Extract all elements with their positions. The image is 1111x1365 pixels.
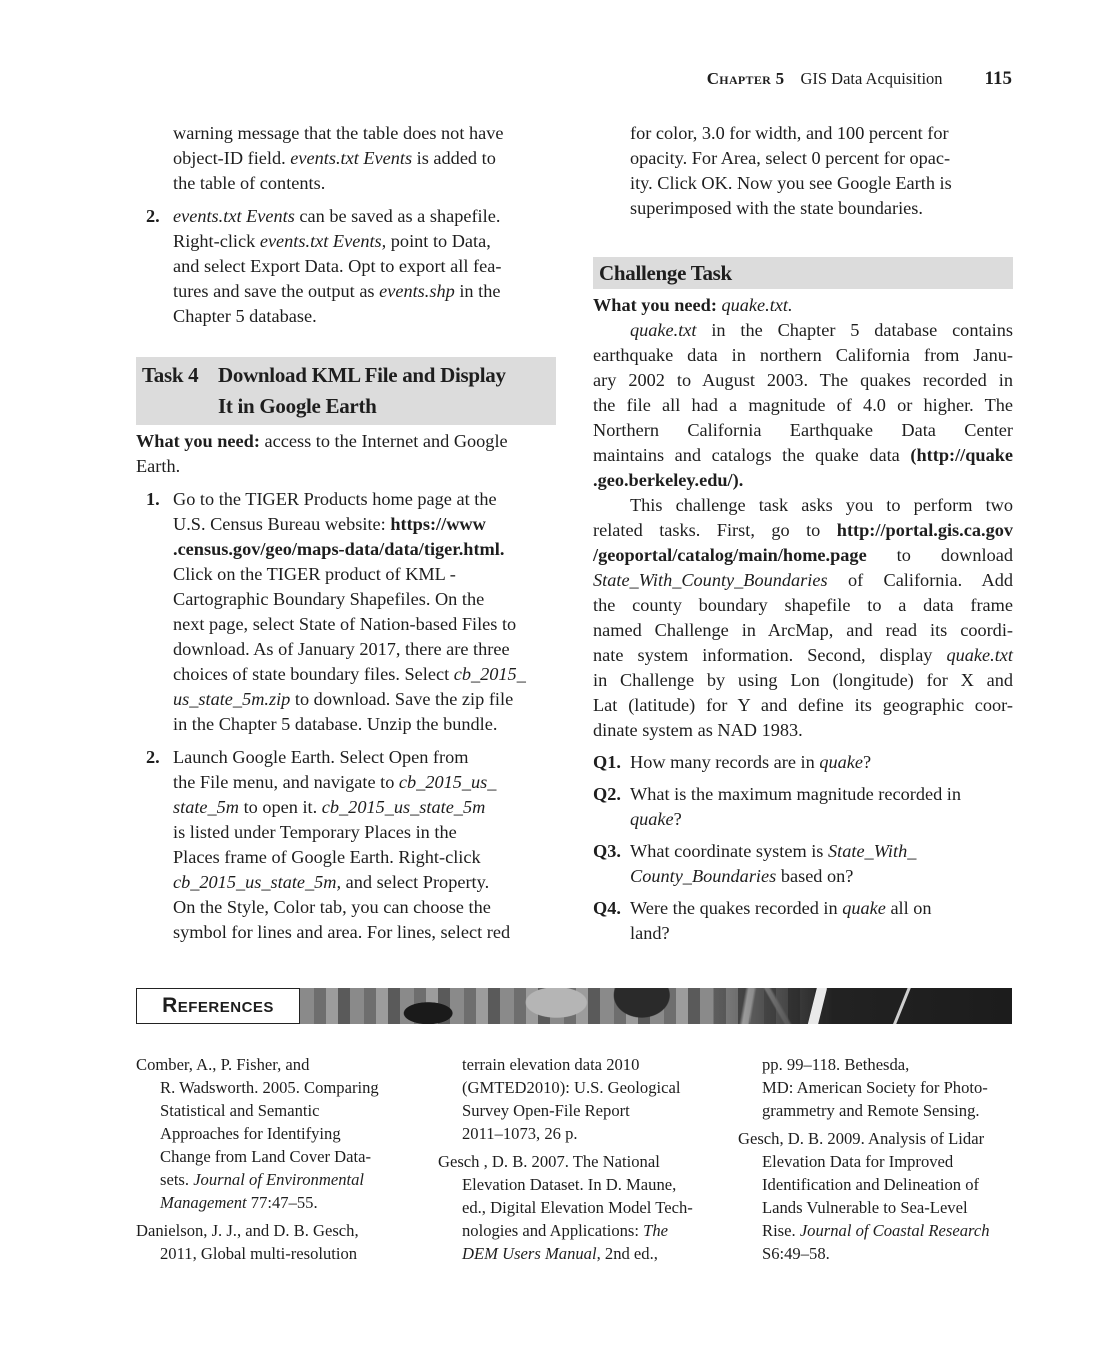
question-number: Q1. (593, 750, 621, 775)
question-q2: Q2. What is the maximum magnitude record… (593, 782, 1013, 832)
text-line: Launch Google Earth. Select Open from (173, 745, 556, 770)
text-line: us_state_5m.zip to download. Save the zi… (173, 687, 556, 712)
text-run: Go to the TIGER Products home page at th… (173, 489, 497, 509)
text-run: Change from Land Cover Data- (160, 1147, 371, 1166)
text-line: events.txt Events can be saved as a shap… (173, 204, 556, 229)
reference-line: grammetry and Remote Sensing. (738, 1099, 1013, 1122)
text-run: R. Wadsworth. 2005. Comparing (160, 1078, 379, 1097)
text-run: Journal of Environmental (193, 1170, 364, 1189)
text-run: the county boundary shapefile to a data … (593, 595, 1013, 615)
chapter-title: GIS Data Acquisition (800, 69, 942, 89)
reference-line: Comber, A., P. Fisher, and (136, 1053, 411, 1076)
text-run: quake.txt (630, 320, 697, 340)
step-continuation: warning message that the table does not … (136, 121, 556, 196)
text-run: ity. Click OK. Now you see Google Earth … (630, 173, 952, 193)
text-line: Click on the TIGER product of KML - (173, 562, 556, 587)
required-file: quake.txt. (717, 295, 793, 315)
text-line: the county boundary shapefile to a data … (593, 593, 1013, 618)
text-line: How many records are in quake? (630, 750, 1013, 775)
what-you-need-label: What you need: (593, 295, 717, 315)
step-number: 1. (146, 487, 160, 512)
reference-entry: Gesch , D. B. 2007. The NationalElevatio… (438, 1150, 718, 1265)
text-line: superimposed with the state boundaries. (630, 196, 1013, 221)
text-run: all on (886, 898, 932, 918)
text-run: related tasks. First, go to (593, 520, 837, 540)
text-run: County_Boundaries (630, 866, 776, 886)
reference-line: pp. 99–118. Bethesda, (738, 1053, 1013, 1076)
text-run: is added to (412, 148, 496, 168)
task-title-line-1: Download KML File and Display (218, 360, 506, 391)
text-run: MD: American Society for Photo- (762, 1078, 988, 1097)
reference-line: Danielson, J. J., and D. B. Gesch, (136, 1219, 411, 1242)
text-line: object-ID field. events.txt Events is ad… (173, 146, 556, 171)
what-you-need-label: What you need: (136, 431, 260, 451)
text-run: (GMTED2010): U.S. Geological (462, 1078, 680, 1097)
text-run: tures and save the output as (173, 281, 379, 301)
step-number: 2. (146, 745, 160, 770)
text-run: Approaches for Identifying (160, 1124, 341, 1143)
text-line: in Challenge by using Lon (longitude) fo… (593, 668, 1013, 693)
text-run: quake.txt (947, 645, 1014, 665)
text-line: earthquake data in northern California f… (593, 343, 1013, 368)
text-run: .census.gov/geo/maps-data/data/tiger.htm… (173, 539, 504, 559)
text-run: http://portal.gis.ca.gov (837, 520, 1013, 540)
text-line: next page, select State of Nation-based … (173, 612, 556, 637)
text-run: warning message that the table does not … (173, 123, 503, 143)
text-line: Places frame of Google Earth. Right-clic… (173, 845, 556, 870)
text-run: nate system information. Second, display (593, 645, 947, 665)
step-continuation: for color, 3.0 for width, and 100 percen… (593, 121, 1013, 221)
step-number: 2. (146, 204, 160, 229)
question-number: Q2. (593, 782, 621, 807)
challenge-questions: Q1. How many records are in quake? Q2. W… (593, 750, 1013, 946)
text-run: (http://quake (910, 445, 1013, 465)
reference-line: ed., Digital Elevation Model Tech- (438, 1196, 718, 1219)
text-run: events.txt Events, (260, 231, 386, 251)
reference-line: Elevation Dataset. In D. Maune, (438, 1173, 718, 1196)
text-line: choices of state boundary files. Select … (173, 662, 556, 687)
continuation-text: for color, 3.0 for width, and 100 percen… (630, 121, 1013, 221)
text-run: This challenge task asks you to perform … (630, 495, 1013, 515)
text-run: dinate system as NAD 1983. (593, 720, 803, 740)
text-line: Right-click events.txt Events, point to … (173, 229, 556, 254)
page-number: 115 (985, 68, 1012, 90)
text-run: events.txt Events (173, 206, 295, 226)
list-item-step-2-prev: 2. events.txt Events can be saved as a s… (136, 204, 556, 329)
text-run: for color, 3.0 for width, and 100 percen… (630, 123, 949, 143)
text-run: How many records are in (630, 752, 819, 772)
text-line: state_5m to open it. cb_2015_us_state_5m (173, 795, 556, 820)
text-line: Chapter 5 database. (173, 304, 556, 329)
text-run: What coordinate system is (630, 841, 828, 861)
reference-line: Elevation Data for Improved (738, 1150, 1013, 1173)
text-line: Were the quakes recorded in quake all on (630, 896, 1013, 921)
text-line: dinate system as NAD 1983. (593, 718, 1013, 743)
reference-line: Management 77:47–55. (136, 1191, 411, 1214)
text-run: ed., Digital Elevation Model Tech- (462, 1198, 693, 1217)
reference-line: Statistical and Semantic (136, 1099, 411, 1122)
text-run: The (643, 1221, 668, 1240)
reference-line: terrain elevation data 2010 (438, 1053, 718, 1076)
task-4-heading: Task 4 Download KML File and Display It … (136, 357, 556, 425)
text-line: named Challenge in ArcMap, and read its … (593, 618, 1013, 643)
text-run: quake (630, 809, 674, 829)
reference-entry: Comber, A., P. Fisher, andR. Wadsworth. … (136, 1053, 411, 1214)
text-run: and select Property. (341, 872, 489, 892)
step-text: events.txt Events can be saved as a shap… (173, 204, 556, 329)
text-run: grammetry and Remote Sensing. (762, 1101, 980, 1120)
text-run: ? (674, 809, 682, 829)
text-line: .census.gov/geo/maps-data/data/tiger.htm… (173, 537, 556, 562)
text-line: and select Export Data. Opt to export al… (173, 254, 556, 279)
text-run: Management (160, 1193, 247, 1212)
challenge-requirements: What you need: quake.txt. (593, 293, 1013, 318)
task-title-line-2: It in Google Earth (142, 391, 550, 422)
reference-entry: Gesch, D. B. 2009. Analysis of LidarElev… (738, 1127, 1013, 1265)
reference-line: Identification and Delineation of (738, 1173, 1013, 1196)
text-run: 2011, Global multi-resolution (160, 1244, 357, 1263)
reference-line: Approaches for Identifying (136, 1122, 411, 1145)
text-run: choices of state boundary files. Select (173, 664, 454, 684)
text-run: .geo.berkeley.edu/). (593, 470, 743, 490)
reference-line: MD: American Society for Photo- (738, 1076, 1013, 1099)
text-line: ary 2002 to August 2003. The quakes reco… (593, 368, 1013, 393)
text-run: named Challenge in ArcMap, and read its … (593, 620, 1013, 640)
question-q4: Q4. Were the quakes recorded in quake al… (593, 896, 1013, 946)
question-q1: Q1. How many records are in quake? (593, 750, 1013, 775)
text-line: Go to the TIGER Products home page at th… (173, 487, 556, 512)
text-line: This challenge task asks you to perform … (593, 493, 1013, 518)
text-line: the file all had a magnitude of 4.0 or h… (593, 393, 1013, 418)
text-run: download. As of January 2017, there are … (173, 639, 510, 659)
text-line: quake.txt in the Chapter 5 database cont… (593, 318, 1013, 343)
text-run: next page, select State of Nation-based … (173, 614, 516, 634)
text-run: sets. (160, 1170, 193, 1189)
reference-line: sets. Journal of Environmental (136, 1168, 411, 1191)
text-run: Rise. (762, 1221, 800, 1240)
reference-line: (GMTED2010): U.S. Geological (438, 1076, 718, 1099)
text-run: maintains and catalogs the quake data (593, 445, 910, 465)
text-run: is listed under Temporary Places in the (173, 822, 457, 842)
text-line: for color, 3.0 for width, and 100 percen… (630, 121, 1013, 146)
text-run: cb_2015_us_state_5m, (173, 872, 341, 892)
text-run: S6:49–58. (762, 1244, 830, 1263)
continuation-text: warning message that the table does not … (173, 121, 556, 196)
text-run: cb_2015_us_state_5m (322, 797, 486, 817)
reference-line: DEM Users Manual, 2nd ed., (438, 1242, 718, 1265)
text-line: Cartographic Boundary Shapefiles. On the (173, 587, 556, 612)
text-line: in the Chapter 5 database. Unzip the bun… (173, 712, 556, 737)
text-run: Identification and Delineation of (762, 1175, 979, 1194)
reference-entry: Danielson, J. J., and D. B. Gesch,2011, … (136, 1219, 411, 1265)
references-banner: References (136, 988, 1012, 1026)
reference-line: nologies and Applications: The (438, 1219, 718, 1242)
text-run: object-ID field. (173, 148, 290, 168)
text-run: can be saved as a shapefile. (295, 206, 501, 226)
text-run: 2011–1073, 26 p. (462, 1124, 578, 1143)
text-run: Click on the TIGER product of KML - (173, 564, 456, 584)
references-column-3: pp. 99–118. Bethesda,MD: American Societ… (738, 1053, 1013, 1270)
text-run: in the Chapter 5 database contains (697, 320, 1014, 340)
reference-line: 2011, Global multi-resolution (136, 1242, 411, 1265)
river-feature (806, 988, 827, 1024)
text-line: the File menu, and navigate to cb_2015_u… (173, 770, 556, 795)
reference-line: S6:49–58. (738, 1242, 1013, 1265)
text-run: to download (867, 545, 1013, 565)
text-run: , 2nd ed., (597, 1244, 658, 1263)
text-line: On the Style, Color tab, you can choose … (173, 895, 556, 920)
text-line: Northern California Earthquake Data Cent… (593, 418, 1013, 443)
references-column-2: terrain elevation data 2010(GMTED2010): … (438, 1053, 718, 1270)
text-run: the file all had a magnitude of 4.0 or h… (593, 395, 1013, 415)
running-header: Chapter 5 GIS Data Acquisition 115 (600, 68, 1012, 92)
text-run: of California. Add (828, 570, 1013, 590)
text-run: in Challenge by using Lon (longitude) fo… (593, 670, 1013, 690)
text-run: to open it. (239, 797, 322, 817)
text-run: 77:47–55. (247, 1193, 318, 1212)
reference-line: Change from Land Cover Data- (136, 1145, 411, 1168)
text-run: DEM Users Manual (462, 1244, 597, 1263)
reference-line: Lands Vulnerable to Sea-Level (738, 1196, 1013, 1219)
text-run: earthquake data in northern California f… (593, 345, 1013, 365)
task-4-requirements: What you need: access to the Internet an… (136, 429, 556, 479)
text-run: Danielson, J. J., and D. B. Gesch, (136, 1221, 359, 1240)
text-run: Launch Google Earth. Select Open from (173, 747, 468, 767)
reference-line: Gesch, D. B. 2009. Analysis of Lidar (738, 1127, 1013, 1150)
text-run: point to Data, (386, 231, 491, 251)
text-run: ? (863, 752, 871, 772)
text-line: related tasks. First, go to http://porta… (593, 518, 1013, 543)
text-line: Lat (latitude) for Y and define its geog… (593, 693, 1013, 718)
text-run: U.S. Census Bureau website: (173, 514, 390, 534)
text-run: the File menu, and navigate to (173, 772, 399, 792)
requirements-line-2: Earth. (136, 454, 556, 479)
text-line: What is the maximum magnitude recorded i… (630, 782, 1013, 807)
reference-line: Gesch , D. B. 2007. The National (438, 1150, 718, 1173)
text-run: land? (630, 923, 670, 943)
references-column-1: Comber, A., P. Fisher, andR. Wadsworth. … (136, 1053, 411, 1270)
text-run: Cartographic Boundary Shapefiles. On the (173, 589, 484, 609)
text-run: What is the maximum magnitude recorded i… (630, 784, 961, 804)
question-number: Q3. (593, 839, 621, 864)
text-run: Elevation Data for Improved (762, 1152, 953, 1171)
text-run: based on? (776, 866, 853, 886)
text-run: access to the Internet and Google (260, 431, 508, 451)
text-run: Were the quakes recorded in (630, 898, 842, 918)
text-run: /geoportal/catalog/main/home.page (593, 545, 867, 565)
text-line: symbol for lines and area. For lines, se… (173, 920, 556, 945)
text-run: events.txt Events (290, 148, 412, 168)
text-line: opacity. For Area, select 0 percent for … (630, 146, 1013, 171)
text-run: quake (819, 752, 863, 772)
text-run: in the Chapter 5 database. Unzip the bun… (173, 714, 497, 734)
text-run: us_state_5m.zip (173, 689, 290, 709)
text-line: tures and save the output as events.shp … (173, 279, 556, 304)
text-run: nologies and Applications: (462, 1221, 643, 1240)
text-run: cb_2015_ (454, 664, 526, 684)
references-heading: References (136, 988, 300, 1024)
text-run: Gesch , D. B. 2007. The National (438, 1152, 660, 1171)
text-run: Northern California Earthquake Data Cent… (593, 420, 1013, 440)
text-run: symbol for lines and area. For lines, se… (173, 922, 510, 942)
text-run: and select Export Data. Opt to export al… (173, 256, 501, 276)
challenge-task-heading: Challenge Task (593, 257, 1013, 289)
text-run: in the (455, 281, 501, 301)
list-item-step-1: 1. Go to the TIGER Products home page at… (136, 487, 556, 737)
text-run: Gesch, D. B. 2009. Analysis of Lidar (738, 1129, 984, 1148)
text-run: superimposed with the state boundaries. (630, 198, 923, 218)
reference-line: 2011–1073, 26 p. (438, 1122, 718, 1145)
question-number: Q4. (593, 896, 621, 921)
text-run: Places frame of Google Earth. Right-clic… (173, 847, 481, 867)
text-run: On the Style, Color tab, you can choose … (173, 897, 491, 917)
question-q3: Q3. What coordinate system is State_With… (593, 839, 1013, 889)
reference-entry: pp. 99–118. Bethesda,MD: American Societ… (738, 1053, 1013, 1122)
text-run: State_With_County_Boundaries (593, 570, 828, 590)
text-run: Earth. (136, 456, 180, 476)
text-line: warning message that the table does not … (173, 121, 556, 146)
reference-entry: terrain elevation data 2010(GMTED2010): … (438, 1053, 718, 1145)
text-run: cb_2015_us_ (399, 772, 497, 792)
text-run: Survey Open-File Report (462, 1101, 630, 1120)
text-line: download. As of January 2017, there are … (173, 637, 556, 662)
book-page: Chapter 5 GIS Data Acquisition 115 warni… (0, 0, 1111, 1365)
text-run: Lands Vulnerable to Sea-Level (762, 1198, 968, 1217)
reference-line: Rise. Journal of Coastal Research (738, 1219, 1013, 1242)
text-line: ity. Click OK. Now you see Google Earth … (630, 171, 1013, 196)
text-run: quake (842, 898, 886, 918)
text-run: ary 2002 to August 2003. The quakes reco… (593, 370, 1013, 390)
text-run: State_With_ (828, 841, 916, 861)
text-line: .geo.berkeley.edu/). (593, 468, 1013, 493)
left-column: warning message that the table does not … (136, 121, 556, 945)
requirements-line-1: What you need: access to the Internet an… (136, 429, 556, 454)
text-run: Right-click (173, 231, 260, 251)
text-run: Statistical and Semantic (160, 1101, 319, 1120)
text-run: opacity. For Area, select 0 percent for … (630, 148, 950, 168)
challenge-paragraph-2: This challenge task asks you to perform … (593, 493, 1013, 743)
text-line: County_Boundaries based on? (630, 864, 1013, 889)
text-run: Journal of Coastal Research (800, 1221, 990, 1240)
task-number: Task 4 (142, 360, 218, 391)
text-run: Lat (latitude) for Y and define its geog… (593, 695, 1013, 715)
text-run: events.shp (379, 281, 455, 301)
step-text: Go to the TIGER Products home page at th… (173, 487, 556, 737)
text-run: to download. Save the zip file (290, 689, 513, 709)
right-column: for color, 3.0 for width, and 100 percen… (593, 121, 1013, 946)
text-line: is listed under Temporary Places in the (173, 820, 556, 845)
chapter-label: Chapter 5 (707, 69, 785, 89)
challenge-paragraph-1: quake.txt in the Chapter 5 database cont… (593, 318, 1013, 493)
text-run: Elevation Dataset. In D. Maune, (462, 1175, 676, 1194)
text-run: terrain elevation data 2010 (462, 1055, 639, 1074)
text-run: the table of contents. (173, 173, 325, 193)
text-line: quake? (630, 807, 1013, 832)
text-line: U.S. Census Bureau website: https://www (173, 512, 556, 537)
text-line: What coordinate system is State_With_ (630, 839, 1013, 864)
text-run: pp. 99–118. Bethesda, (762, 1055, 909, 1074)
text-line: maintains and catalogs the quake data (h… (593, 443, 1013, 468)
text-line: State_With_County_Boundaries of Californ… (593, 568, 1013, 593)
text-line: nate system information. Second, display… (593, 643, 1013, 668)
list-item-step-2: 2. Launch Google Earth. Select Open from… (136, 745, 556, 945)
reference-line: Survey Open-File Report (438, 1099, 718, 1122)
text-run: https://www (390, 514, 485, 534)
task-4-steps: 1. Go to the TIGER Products home page at… (136, 487, 556, 945)
step-text: Launch Google Earth. Select Open fromthe… (173, 745, 556, 945)
text-line: /geoportal/catalog/main/home.page to dow… (593, 543, 1013, 568)
text-run: Chapter 5 database. (173, 306, 317, 326)
text-line: the table of contents. (173, 171, 556, 196)
text-line: land? (630, 921, 1013, 946)
satellite-imagery-strip (300, 988, 1012, 1024)
text-line: cb_2015_us_state_5m, and select Property… (173, 870, 556, 895)
road-feature (891, 988, 913, 1024)
text-run: Comber, A., P. Fisher, and (136, 1055, 309, 1074)
text-run: state_5m (173, 797, 239, 817)
reference-line: R. Wadsworth. 2005. Comparing (136, 1076, 411, 1099)
